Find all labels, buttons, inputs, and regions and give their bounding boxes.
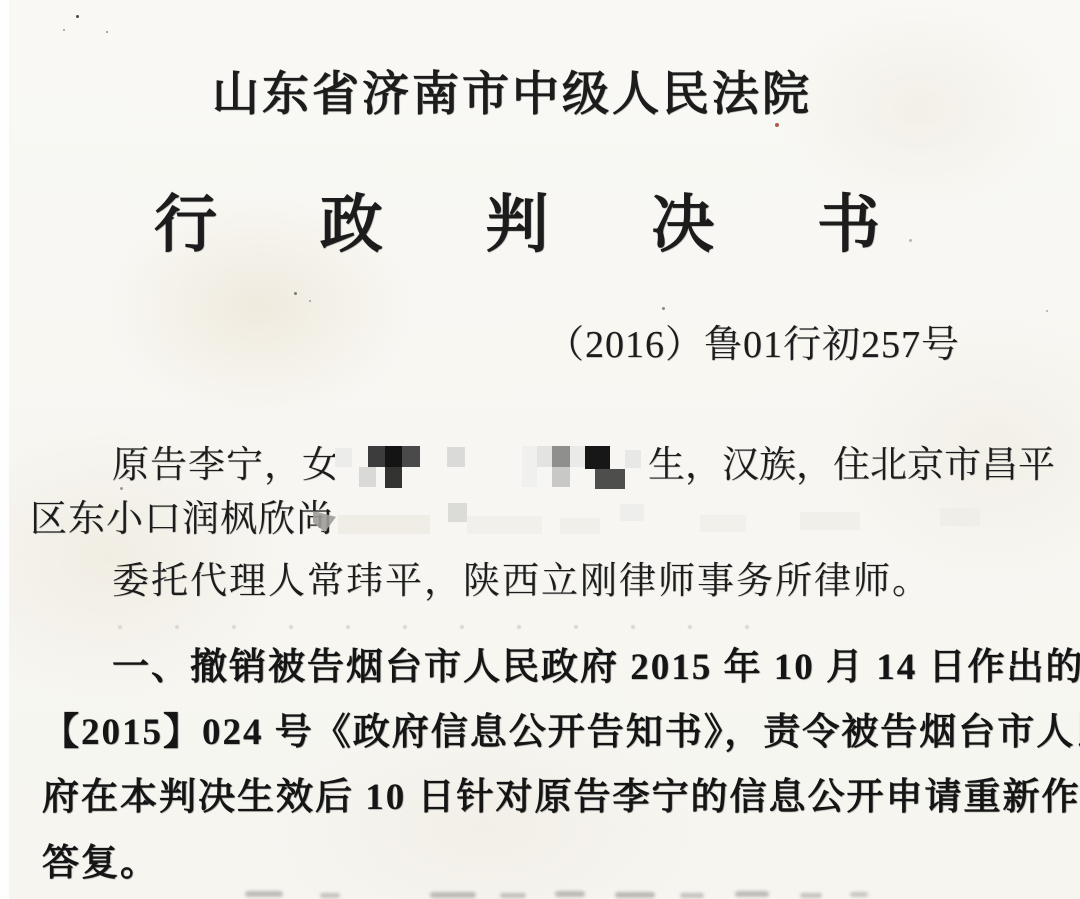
redaction-cell (402, 446, 420, 467)
plaintiff-line-prefix: 原告李宁，女 (112, 446, 340, 486)
separator-dot (574, 625, 578, 629)
redaction-cell (385, 446, 402, 467)
scan-speck (76, 15, 79, 18)
cropped-text-smudge (245, 891, 283, 897)
scan-speck (1046, 310, 1048, 312)
separator-dot (118, 625, 122, 629)
redaction-cell (800, 512, 860, 530)
scan-speck (106, 31, 108, 33)
cropped-text-smudge (680, 893, 704, 898)
separator-dot (688, 625, 692, 629)
redaction-cell (560, 518, 600, 534)
redaction-cell (368, 446, 385, 467)
separator-dot (232, 625, 236, 629)
scan-speck (294, 292, 297, 295)
separator-dot (403, 625, 407, 629)
cropped-text-smudge (800, 893, 822, 898)
separator-dot (745, 625, 749, 629)
document-title: 行政判决书 (154, 192, 880, 258)
redaction-cell (552, 446, 570, 467)
redaction-cell (625, 450, 641, 468)
ruling-line-4: 答复。 (42, 844, 159, 884)
scan-speck (120, 487, 123, 490)
separator-dot (460, 625, 464, 629)
court-name-heading: 山东省济南市中级人民法院 (0, 70, 1080, 121)
cropped-text-smudge (735, 891, 769, 897)
cropped-text-smudge (850, 892, 868, 897)
redaction-cell (620, 504, 644, 521)
separator-dot (631, 625, 635, 629)
agent-line: 委托代理人常玮平，陕西立刚律师事务所律师。 (112, 562, 931, 602)
scan-speck (909, 239, 912, 242)
case-number: （2016）鲁01行初257号 (546, 325, 960, 366)
redaction-cell (522, 446, 537, 487)
address-continuation-line: 区东小口润枫欣尚 (30, 500, 334, 540)
scan-speck (309, 300, 311, 302)
cropped-text-smudge (555, 891, 585, 897)
plaintiff-line-suffix: 生，汉族，住北京市昌平 (648, 446, 1055, 486)
separator-dot (346, 625, 350, 629)
redaction-cell (448, 503, 467, 522)
redaction-cell (940, 508, 980, 526)
cropped-text-smudge (615, 892, 655, 898)
ruling-line-2: 【2015】024 号《政府信息公开告知书》，责令被告烟台市人民政 (42, 713, 1080, 753)
redaction-cell (570, 446, 585, 467)
separator-dot (175, 625, 179, 629)
scan-speck (775, 123, 779, 127)
redaction-cell (385, 467, 402, 488)
redaction-cell (595, 469, 625, 489)
scan-speck (63, 29, 65, 31)
cropped-text-smudge (430, 892, 476, 898)
redaction-cell (585, 446, 610, 469)
separator-dot (289, 625, 293, 629)
redaction-cell (537, 446, 552, 467)
redaction-cell (552, 467, 570, 487)
separator-dot (517, 625, 521, 629)
redaction-cell (359, 467, 376, 487)
cropped-text-smudge (320, 893, 340, 898)
redaction-cell (447, 447, 465, 467)
scanned-judgment-page: 山东省济南市中级人民法院 行政判决书 （2016）鲁01行初257号 原告李宁，… (0, 0, 1080, 899)
redaction-cell (467, 516, 542, 534)
scan-speck (662, 307, 665, 310)
cropped-text-smudge (500, 893, 526, 898)
ruling-line-3: 府在本判决生效后 10 日针对原告李宁的信息公开申请重新作出 (42, 778, 1080, 818)
redaction-cell (700, 515, 746, 532)
redaction-cell (338, 515, 430, 534)
ruling-line-1: 一、撤销被告烟台市人民政府 2015 年 10 月 14 日作出的 (112, 648, 1080, 688)
